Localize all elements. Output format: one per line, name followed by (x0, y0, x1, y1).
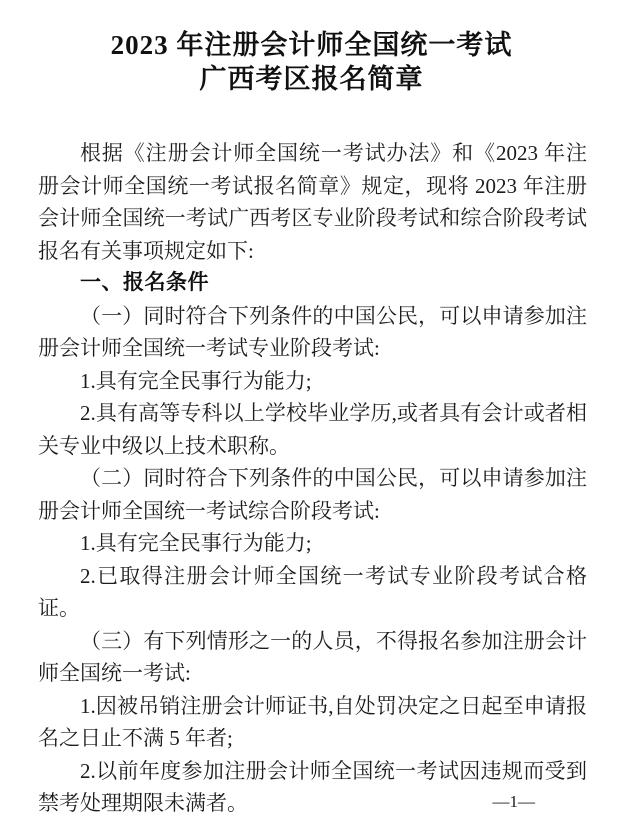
paragraph: 2.具有高等专科以上学校毕业学历,或者具有会计或者相关专业中级以上技术职称。 (38, 397, 587, 462)
paragraph: 1.因被吊销注册会计师证书,自处罚决定之日起至申请报名之日止不满 5 年者; (38, 690, 587, 755)
paragraph: 1.具有完全民事行为能力; (38, 527, 587, 560)
document-title-line-2: 广西考区报名简章 (200, 64, 424, 94)
paragraph: 2.已取得注册会计师全国统一考试专业阶段考试合格证。 (38, 560, 587, 625)
section-heading: 一、报名条件 (38, 267, 587, 300)
paragraph: （二）同时符合下列条件的中国公民，可以申请参加注册会计师全国统一考试综合阶段考试… (38, 462, 587, 527)
paragraph: （一）同时符合下列条件的中国公民，可以申请参加注册会计师全国统一考试专业阶段考试… (38, 300, 587, 365)
paragraph: 1.具有完全民事行为能力; (38, 365, 587, 398)
paragraph: 根据《注册会计师全国统一考试办法》和《2023 年注册会计师全国统一考试报名简章… (38, 137, 587, 267)
page-number: —1— (493, 793, 536, 810)
document-body: 根据《注册会计师全国统一考试办法》和《2023 年注册会计师全国统一考试报名简章… (38, 137, 587, 817)
document-title-line-1: 2023 年注册会计师全国统一考试 (111, 30, 513, 60)
paragraph: （三）有下列情形之一的人员，不得报名参加注册会计师全国统一考试: (38, 625, 587, 690)
document-page: 2023 年注册会计师全国统一考试 广西考区报名简章 根据《注册会计师全国统一考… (0, 0, 623, 817)
document-title: 2023 年注册会计师全国统一考试 广西考区报名简章 (0, 0, 623, 96)
